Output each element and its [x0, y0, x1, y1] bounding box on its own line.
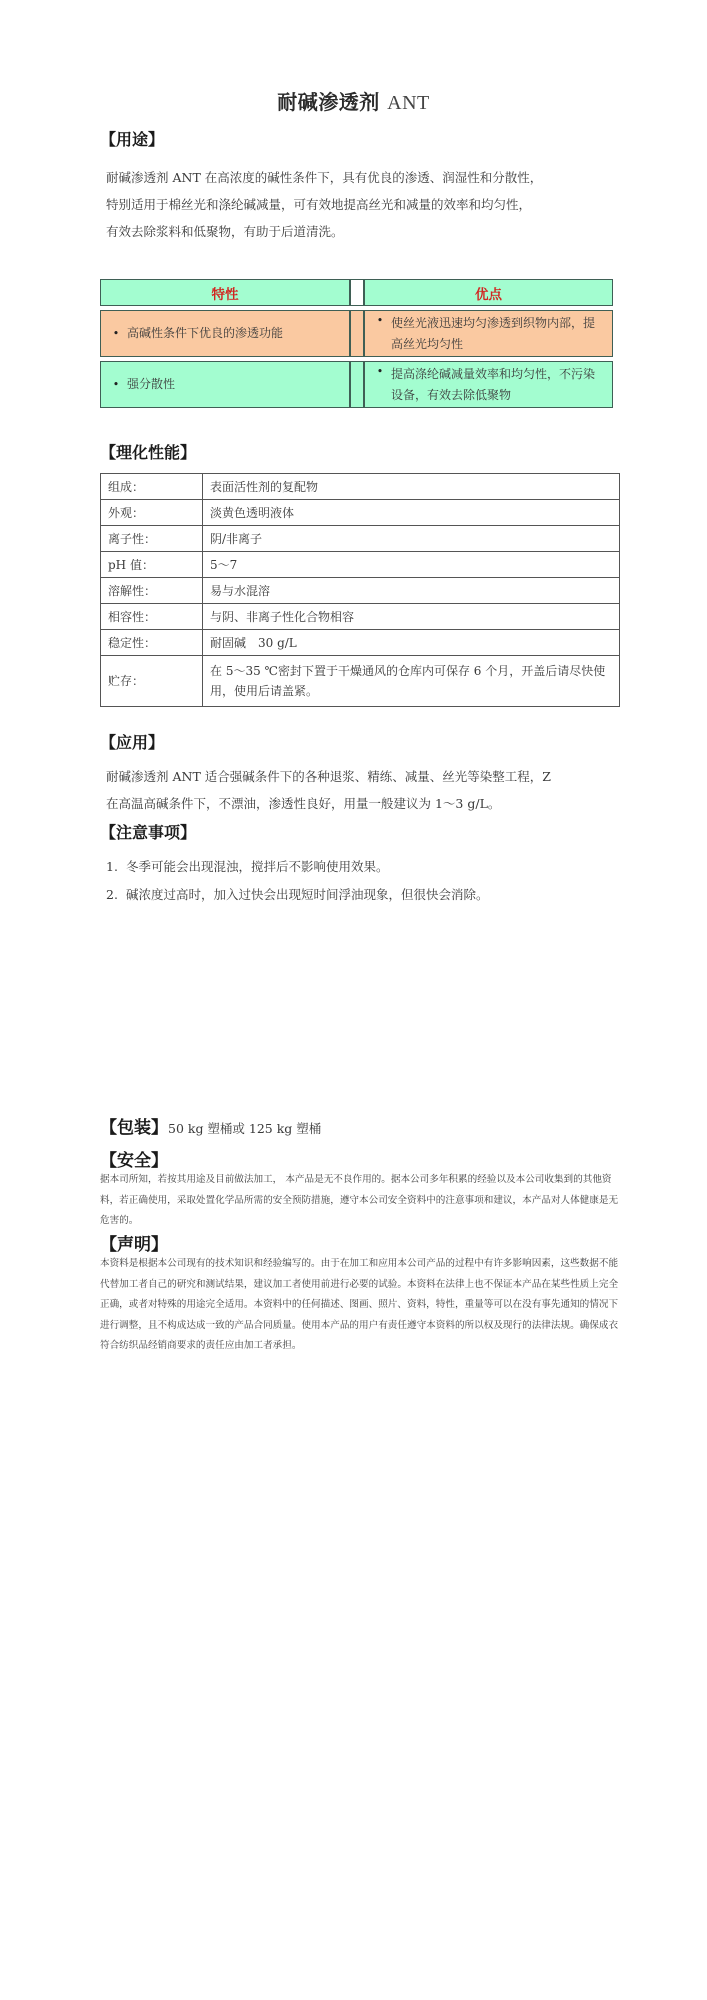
notes-heading: 【注意事项】	[100, 820, 196, 843]
properties-heading: 【理化性能】	[100, 440, 196, 463]
property-key: 贮存：	[101, 656, 203, 707]
feature-cell: • 高碱性条件下优良的渗透功能	[100, 310, 350, 357]
features-table: 特性 优点 • 高碱性条件下优良的渗透功能 • 使丝光液迅速均匀渗透到织物内部，…	[100, 279, 613, 408]
column-gap	[350, 361, 364, 408]
property-key: 组成：	[101, 474, 203, 500]
feature-cell: • 强分散性	[100, 361, 350, 408]
application-paragraph: 耐碱渗透剂 ANT 适合强碱条件下的各种退浆、精练、减量、丝光等染整工程，Z 在…	[106, 763, 646, 817]
property-key: 外观：	[101, 500, 203, 526]
safety-paragraph: 据本司所知，若按其用途及目前做法加工， 本产品是无不良作用的。据本公司多年积累的…	[100, 1170, 624, 1232]
note-number: 1.	[106, 853, 126, 881]
property-row: pH 值： 5～7	[101, 552, 620, 578]
property-key: 溶解性：	[101, 578, 203, 604]
property-key: 离子性：	[101, 526, 203, 552]
usage-heading: 【用途】	[100, 127, 164, 150]
property-row: 组成： 表面活性剂的复配物	[101, 474, 620, 500]
features-header-advantage: 优点	[364, 279, 613, 306]
note-item: 1. 冬季可能会出现混浊，搅拌后不影响使用效果。	[106, 853, 626, 881]
advantage-text: 使丝光液迅速均匀渗透到织物内部，提高丝光均匀性	[391, 313, 606, 355]
features-header-feature: 特性	[100, 279, 350, 306]
property-value: 在 5～35 ℃密封下置于干燥通风的仓库内可保存 6 个月，开盖后请尽快使用，使…	[203, 656, 620, 707]
property-value: 表面活性剂的复配物	[203, 474, 620, 500]
note-item: 2. 碱浓度过高时，加入过快会出现短时间浮油现象，但很快会消除。	[106, 881, 626, 909]
properties-table: 组成： 表面活性剂的复配物 外观： 淡黄色透明液体 离子性： 阴/非离子 pH …	[100, 473, 620, 707]
application-heading: 【应用】	[100, 730, 164, 753]
column-gap	[350, 279, 364, 306]
packaging-section: 【包装】50 kg 塑桶或 125 kg 塑桶	[100, 1113, 321, 1138]
advantage-cell: • 提高涤纶碱减量效率和均匀性，不污染设备，有效去除低聚物	[364, 361, 613, 408]
product-name: 耐碱渗透剂	[277, 90, 380, 114]
notes-list: 1. 冬季可能会出现混浊，搅拌后不影响使用效果。 2. 碱浓度过高时，加入过快会…	[106, 853, 626, 909]
packaging-text: 50 kg 塑桶或 125 kg 塑桶	[168, 1121, 321, 1136]
note-text: 冬季可能会出现混浊，搅拌后不影响使用效果。	[126, 853, 389, 881]
features-header-row: 特性 优点	[100, 279, 613, 306]
application-line: 在高温高碱条件下，不漂油，渗透性良好，用量一般建议为 1～3 g/L。	[106, 790, 646, 817]
property-value: 耐固碱 30 g/L	[203, 630, 620, 656]
advantage-cell: • 使丝光液迅速均匀渗透到织物内部，提高丝光均匀性	[364, 310, 613, 357]
packaging-heading: 【包装】	[100, 1118, 168, 1138]
features-row: • 强分散性 • 提高涤纶碱减量效率和均匀性，不污染设备，有效去除低聚物	[100, 361, 613, 408]
statement-paragraph: 本资料是根据本公司现有的技术知识和经验编写的。由于在加工和应用本公司产品的过程中…	[100, 1254, 624, 1357]
property-value: 与阴、非离子性化合物相容	[203, 604, 620, 630]
document-page: 耐碱渗透剂 ANT 【用途】 耐碱渗透剂 ANT 在高浓度的碱性条件下，具有优良…	[0, 0, 707, 2000]
column-gap	[350, 310, 364, 357]
document-title: 耐碱渗透剂 ANT	[0, 86, 707, 115]
safety-heading: 【安全】	[100, 1146, 168, 1171]
usage-line: 特别适用于棉丝光和涤纶碱减量，可有效地提高丝光和减量的效率和均匀性，	[106, 191, 626, 218]
usage-paragraph: 耐碱渗透剂 ANT 在高浓度的碱性条件下，具有优良的渗透、润湿性和分散性， 特别…	[106, 164, 626, 245]
application-line: 耐碱渗透剂 ANT 适合强碱条件下的各种退浆、精练、减量、丝光等染整工程，Z	[106, 763, 646, 790]
property-value: 淡黄色透明液体	[203, 500, 620, 526]
note-number: 2.	[106, 881, 126, 909]
feature-text: 高碱性条件下优良的渗透功能	[127, 323, 283, 344]
property-key: 相容性：	[101, 604, 203, 630]
property-key: 稳定性：	[101, 630, 203, 656]
property-row: 贮存： 在 5～35 ℃密封下置于干燥通风的仓库内可保存 6 个月，开盖后请尽快…	[101, 656, 620, 707]
property-row: 外观： 淡黄色透明液体	[101, 500, 620, 526]
statement-heading: 【声明】	[100, 1230, 168, 1255]
property-row: 溶解性： 易与水混溶	[101, 578, 620, 604]
property-row: 相容性： 与阴、非离子性化合物相容	[101, 604, 620, 630]
advantage-text: 提高涤纶碱减量效率和均匀性，不污染设备，有效去除低聚物	[391, 364, 606, 406]
usage-line: 有效去除浆料和低聚物，有助于后道清洗。	[106, 218, 626, 245]
bullet-icon: •	[365, 314, 391, 327]
feature-text: 强分散性	[127, 374, 175, 395]
usage-line: 耐碱渗透剂 ANT 在高浓度的碱性条件下，具有优良的渗透、润湿性和分散性，	[106, 164, 626, 191]
product-code: ANT	[387, 92, 430, 114]
note-text: 碱浓度过高时，加入过快会出现短时间浮油现象，但很快会消除。	[126, 881, 489, 909]
features-row: • 高碱性条件下优良的渗透功能 • 使丝光液迅速均匀渗透到织物内部，提高丝光均匀…	[100, 310, 613, 357]
bullet-icon: •	[101, 378, 127, 391]
property-value: 5～7	[203, 552, 620, 578]
property-row: 离子性： 阴/非离子	[101, 526, 620, 552]
property-row: 稳定性： 耐固碱 30 g/L	[101, 630, 620, 656]
bullet-icon: •	[101, 327, 127, 340]
property-key: pH 值：	[101, 552, 203, 578]
property-value: 阴/非离子	[203, 526, 620, 552]
bullet-icon: •	[365, 365, 391, 378]
property-value: 易与水混溶	[203, 578, 620, 604]
